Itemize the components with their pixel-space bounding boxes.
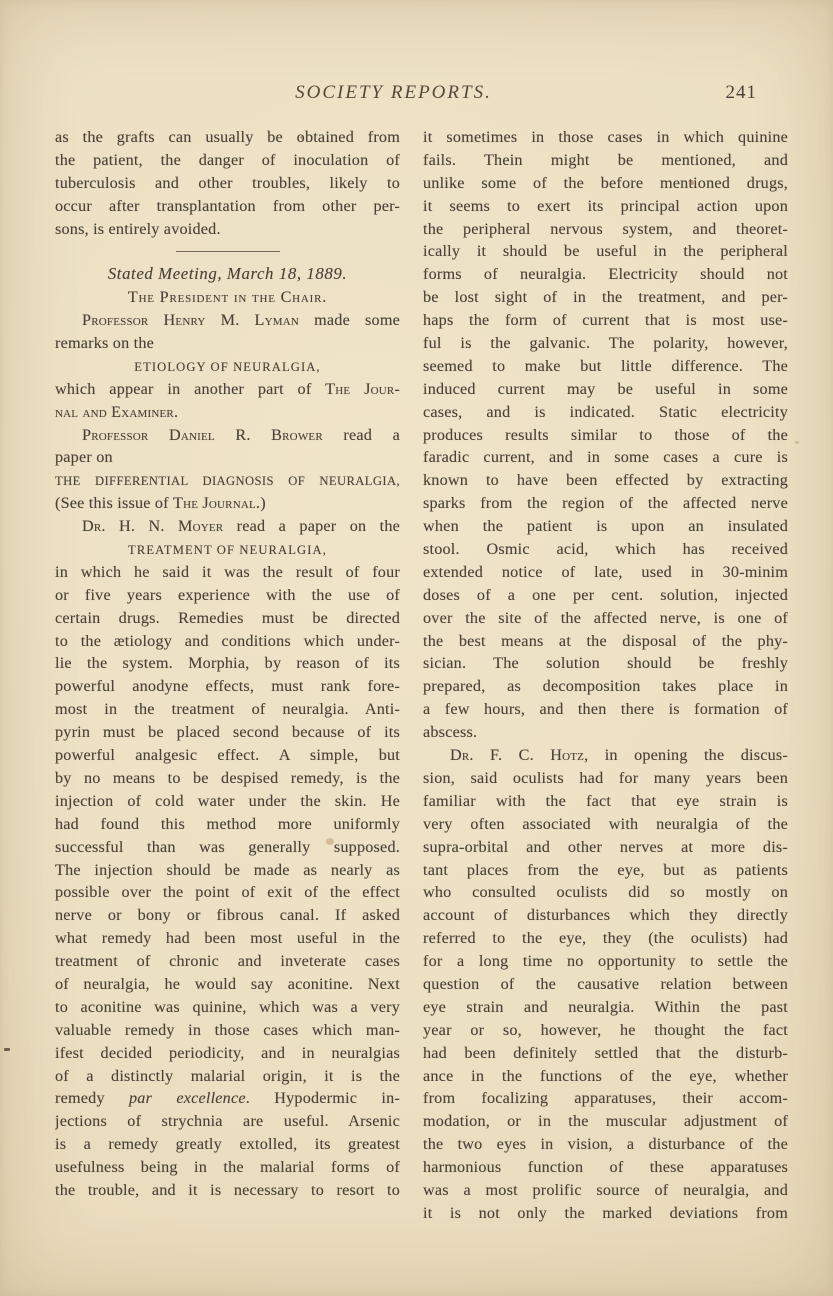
text-line: lie the system. Morphia, by reason of it… xyxy=(55,652,400,675)
text-segment: The Jour- xyxy=(325,380,400,398)
text-line: sician. The solution should be freshly xyxy=(423,652,788,675)
text-line: ful is the galvanic. The polarity, howev… xyxy=(423,332,788,355)
text-segment: read a xyxy=(323,426,400,444)
text-line: referred to the eye, they (the oculists)… xyxy=(423,927,788,950)
text-line: sparks from the region of the affected n… xyxy=(423,492,788,515)
text-line: (See this issue of The Journal.) xyxy=(55,492,400,515)
text-segment: nal and Examiner. xyxy=(55,403,178,421)
text-columns: as the grafts can usually be obtained fr… xyxy=(55,126,788,1225)
paper-speck xyxy=(795,441,799,444)
text-line: it is not only the marked deviations fro… xyxy=(423,1202,788,1225)
text-line: had found this method more uniformly xyxy=(55,813,400,836)
text-line: account of disturbances which they direc… xyxy=(423,904,788,927)
text-line: The injection should be made as nearly a… xyxy=(55,859,400,882)
text-line: ically it should be useful in the periph… xyxy=(423,240,788,263)
text-line: sion, said oculists had for many years b… xyxy=(423,767,788,790)
text-segment: read a paper on the xyxy=(223,517,400,535)
text-line: question of the causative relation betwe… xyxy=(423,973,788,996)
text-line: from focalizing apparatuses, their accom… xyxy=(423,1087,788,1110)
text-line: valuable remedy in those cases which man… xyxy=(55,1019,400,1042)
text-line: is a remedy greatly extolled, its greate… xyxy=(55,1133,400,1156)
text-line: known to have been effected by extractin… xyxy=(423,469,788,492)
text-line: faradic current, and in some cases a cur… xyxy=(423,446,788,469)
text-line: prepared, as decomposition takes place i… xyxy=(423,675,788,698)
text-line: the peripheral nervous system, and theor… xyxy=(423,218,788,241)
divider-rule xyxy=(176,251,280,252)
text-line: jections of strychnia are useful. Arseni… xyxy=(55,1110,400,1133)
running-title: SOCIETY REPORTS. xyxy=(55,82,732,104)
text-line: powerful analgesic effect. A simple, but xyxy=(55,744,400,767)
text-line: extended notice of late, used in 30-mini… xyxy=(423,561,788,584)
right-column: it sometimes in those cases in which qui… xyxy=(423,126,788,1225)
text-line: nal and Examiner. xyxy=(55,401,400,424)
text-line: The President in the Chair. xyxy=(55,286,400,309)
text-line: it seems to exert its principal action u… xyxy=(423,195,788,218)
text-segment: Professor Daniel R. Brower xyxy=(82,426,323,444)
text-segment: ) xyxy=(260,494,266,512)
text-line: TREATMENT OF NEURALGIA, xyxy=(55,538,400,561)
text-line: Dr. F. C. Hotz, in opening the discus- xyxy=(423,744,788,767)
text-line: in which he said it was the result of fo… xyxy=(55,561,400,584)
text-line: occur after transplantation from other p… xyxy=(55,195,400,218)
text-line: haps the form of current that is most us… xyxy=(423,309,788,332)
text-line: or five years experience with the use of xyxy=(55,584,400,607)
text-line: Professor Henry M. Lyman made some xyxy=(55,309,400,332)
text-line: usefulness being in the malarial forms o… xyxy=(55,1156,400,1179)
text-line: Stated Meeting, March 18, 1889. xyxy=(55,263,400,286)
text-line: doses of a one per cent. solution, injec… xyxy=(423,584,788,607)
text-line: for a long time no opportunity to settle… xyxy=(423,950,788,973)
left-column: as the grafts can usually be obtained fr… xyxy=(55,126,400,1225)
text-line: to the ætiology and conditions which und… xyxy=(55,630,400,653)
section-divider xyxy=(55,240,400,263)
text-line: the patient, the danger of inoculation o… xyxy=(55,149,400,172)
text-line: very often associated with neuralgia of … xyxy=(423,813,788,836)
text-line: nerve or bony or fibrous canal. If asked xyxy=(55,904,400,927)
text-line: most in the treatment of neuralgia. Anti… xyxy=(55,698,400,721)
text-line: abscess. xyxy=(423,721,788,744)
text-line: forms of neuralgia. Electricity should n… xyxy=(423,263,788,286)
text-segment: Professor Henry M. Lyman xyxy=(82,311,299,329)
text-line: over the site of the affected nerve, is … xyxy=(423,607,788,630)
text-line: induced current may be useful in some xyxy=(423,378,788,401)
text-line: year or so, however, he thought the fact xyxy=(423,1019,788,1042)
text-segment: (See this issue of xyxy=(55,494,173,512)
text-segment: made some xyxy=(299,311,400,329)
text-line: ETIOLOGY OF NEURALGIA, xyxy=(55,355,400,378)
text-line: the best means at the disposal of the ph… xyxy=(423,630,788,653)
text-line: tuberculosis and other troubles, likely … xyxy=(55,172,400,195)
text-line: as the grafts can usually be obtained fr… xyxy=(55,126,400,149)
text-line: was a most prolific source of neuralgia,… xyxy=(423,1179,788,1202)
page-number: 241 xyxy=(726,82,758,104)
text-line: fails. Thein might be mentioned, and xyxy=(423,149,788,172)
text-line: successful than was generally supposed. xyxy=(55,836,400,859)
text-line: eye strain and neuralgia. Within the pas… xyxy=(423,996,788,1019)
text-line: when the patient is upon an insulated xyxy=(423,515,788,538)
text-line: treatment of chronic and inveterate case… xyxy=(55,950,400,973)
text-line: modation, or in the muscular adjustment … xyxy=(423,1110,788,1133)
text-line: paper on xyxy=(55,446,400,469)
text-line: pyrin must be placed second because of i… xyxy=(55,721,400,744)
text-line: familiar with the fact that eye strain i… xyxy=(423,790,788,813)
text-segment: , in opening the discus- xyxy=(584,746,788,764)
text-line: seemed to make but little difference. Th… xyxy=(423,355,788,378)
page-header: SOCIETY REPORTS. 241 xyxy=(55,82,790,106)
text-segment: . Hypodermic in- xyxy=(246,1089,400,1107)
text-line: the trouble, and it is necessary to reso… xyxy=(55,1179,400,1202)
text-line: who consulted oculists did so mostly on xyxy=(423,881,788,904)
text-segment: remedy xyxy=(55,1089,129,1107)
text-line: harmonious function of these apparatuses xyxy=(423,1156,788,1179)
text-segment: par excellence xyxy=(129,1089,246,1107)
text-segment: Dr. F. C. Hotz xyxy=(450,746,584,764)
text-line: which appear in another part of The Jour… xyxy=(55,378,400,401)
text-line: cases, and is indicated. Static electric… xyxy=(423,401,788,424)
text-line: ifest decided periodicity, and in neural… xyxy=(55,1042,400,1065)
text-line: sons, is entirely avoided. xyxy=(55,218,400,241)
text-line: ance in the functions of the eye, whethe… xyxy=(423,1065,788,1088)
text-line: stool. Osmic acid, which has received xyxy=(423,538,788,561)
text-line: remarks on the xyxy=(55,332,400,355)
text-line: by no means to be despised remedy, is th… xyxy=(55,767,400,790)
text-line: possible over the point of exit of the e… xyxy=(55,881,400,904)
text-line: what remedy had been most useful in the xyxy=(55,927,400,950)
text-line: powerful anodyne effects, must rank fore… xyxy=(55,675,400,698)
text-line: certain drugs. Remedies must be directed xyxy=(55,607,400,630)
text-line: tant places from the eye, but as patient… xyxy=(423,859,788,882)
text-line: Professor Daniel R. Brower read a xyxy=(55,424,400,447)
text-line: a few hours, and then there is formation… xyxy=(423,698,788,721)
text-line: of neuralgia, he would say aconitine. Ne… xyxy=(55,973,400,996)
text-line: supra-orbital and other nerves at more d… xyxy=(423,836,788,859)
text-segment: Dr. H. N. Moyer xyxy=(82,517,223,535)
text-segment: which appear in another part of xyxy=(55,380,325,398)
text-segment: The Journal. xyxy=(173,494,260,512)
text-line: unlike some of the before mentioned drug… xyxy=(423,172,788,195)
text-line: Dr. H. N. Moyer read a paper on the xyxy=(55,515,400,538)
paper-speck xyxy=(4,1048,10,1051)
text-line: be lost sight of in the treatment, and p… xyxy=(423,286,788,309)
text-line: to aconitine was quinine, which was a ve… xyxy=(55,996,400,1019)
text-line: produces results similar to those of the xyxy=(423,424,788,447)
text-line: it sometimes in those cases in which qui… xyxy=(423,126,788,149)
text-line: had been definitely settled that the dis… xyxy=(423,1042,788,1065)
journal-page-scan: SOCIETY REPORTS. 241 as the grafts can u… xyxy=(0,0,833,1296)
text-line: the two eyes in vision, a disturbance of… xyxy=(423,1133,788,1156)
text-line: of a distinctly malarial origin, it is t… xyxy=(55,1065,400,1088)
text-line: injection of cold water under the skin. … xyxy=(55,790,400,813)
text-line: THE DIFFERENTIAL DIAGNOSIS OF NEURALGIA, xyxy=(55,469,400,492)
text-line: remedy par excellence. Hypodermic in- xyxy=(55,1087,400,1110)
